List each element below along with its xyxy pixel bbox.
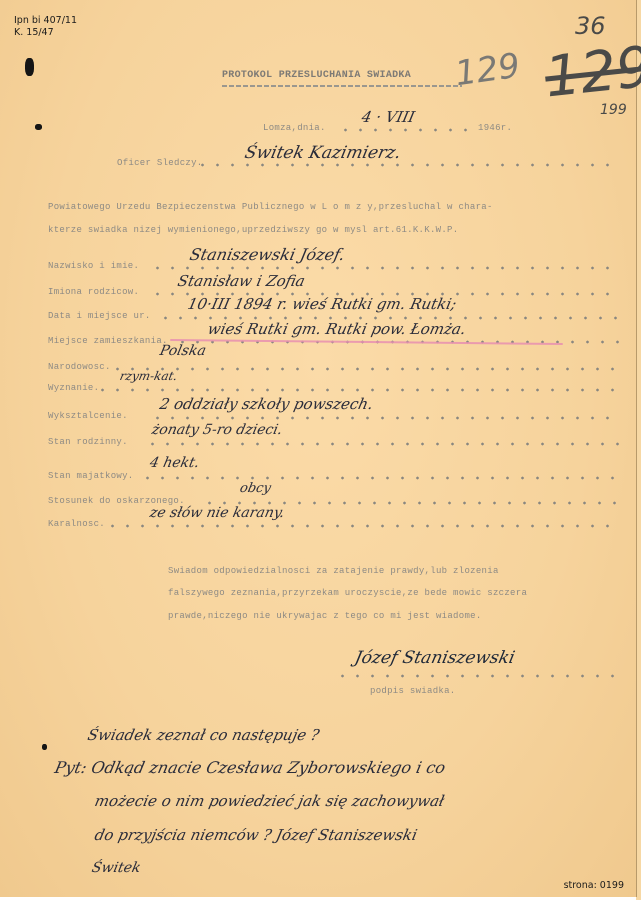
field-label-nationality: Narodowosc. [48, 362, 111, 372]
officer-name-handwritten: Świtek Kazimierz. [243, 143, 403, 163]
field-value-education: 2 oddziały szkoły powszech. [158, 395, 375, 413]
folio-corrected-number: 36 [575, 12, 606, 40]
field-value-religion: rzym-kat. [119, 369, 179, 383]
field-dots [105, 524, 620, 528]
field-value-nationality: Polska [158, 343, 207, 359]
punch-mark-top [25, 58, 34, 76]
field-label-residence: Miejsce zamieszkania. [48, 336, 168, 346]
document-page: Ipn bi 407/11 K. 15/47 129 129 36 199 PR… [0, 0, 637, 897]
oath-line2: falszywego zeznania,przyrzekam uroczysci… [168, 588, 527, 598]
date-handwritten: 4 · VIII [360, 108, 416, 126]
testimony-line1: Świadek zeznał co następuje ? [86, 726, 321, 744]
field-label-parents: Imiona rodzicow. [48, 287, 139, 297]
year: 1946r. [478, 123, 512, 133]
field-label-birth: Data i miejsce ur. [48, 311, 151, 321]
date-dots [338, 128, 473, 132]
field-value-property: 4 hekt. [148, 455, 201, 471]
witness-signature: Józef Staniszewski [353, 648, 517, 668]
field-dots [110, 367, 620, 371]
field-value-relation: obcy [238, 481, 272, 496]
intro-line1: Powiatowego Urzedu Bezpieczenstwa Public… [48, 202, 493, 212]
field-value-surname: Staniszewski Józef. [188, 245, 347, 264]
field-label-property: Stan majatkowy. [48, 471, 134, 481]
officer-initials: Świtek [90, 860, 142, 876]
place-date-label: Lomza,dnia. [263, 123, 326, 133]
field-label-surname: Nazwisko i imie. [48, 261, 139, 271]
folio-crossed-number: 129 [542, 35, 641, 111]
field-value-birth: 10·III 1894 r. wieś Rutki gm. Rutki; [186, 295, 458, 313]
intro-line2: kterze swiadka nizej wymienionego,uprzed… [48, 225, 458, 235]
punch-mark-bottom [42, 744, 47, 750]
document-title: PROTOKOL PRZESLUCHANIA SWIADKA [222, 70, 411, 81]
signature-label: podpis swiadka. [370, 686, 456, 696]
punch-mark-small [35, 124, 42, 130]
folio-pencil-number: 129 [453, 46, 523, 95]
field-dots [140, 476, 620, 480]
officer-label: Oficer Sledczy. [117, 158, 203, 168]
field-value-parents: Stanisław i Zofia [176, 272, 307, 290]
page-number-label: strona: 0199 [564, 880, 624, 891]
field-label-family-status: Stan rodzinny. [48, 437, 128, 447]
testimony-line2: Pyt: Odkąd znacie Czesława Zyborowskiego… [53, 758, 447, 777]
signature-dots [335, 674, 620, 678]
field-dots [145, 442, 620, 446]
field-label-religion: Wyznanie. [48, 383, 99, 393]
oath-line1: Swiadom odpowiedzialnosci za zatajenie p… [168, 566, 499, 576]
officer-dots [195, 163, 620, 167]
archive-reference: Ipn bi 407/11 K. 15/47 [14, 15, 77, 39]
archive-ref-line1: Ipn bi 407/11 [14, 15, 77, 27]
title-underline [222, 85, 462, 87]
oath-line3: prawde,niczego nie ukrywajac z tego co m… [168, 611, 482, 621]
field-value-criminal-record: ze słów nie karany. [148, 505, 286, 521]
field-value-family-status: żonaty 5-ro dzieci. [150, 422, 284, 438]
field-dots [150, 266, 620, 270]
field-dots [150, 416, 620, 420]
testimony-line4: do przyjścia niemców ? Józef Staniszewsk… [93, 826, 419, 844]
folio-small-number: 199 [600, 102, 627, 118]
field-label-education: Wyksztalcenie. [48, 411, 128, 421]
field-value-residence: wieś Rutki gm. Rutki pow. Łomża. [206, 320, 468, 338]
testimony-line3: możecie o nim powiedzieć jak się zachowy… [93, 792, 446, 810]
archive-ref-line2: K. 15/47 [14, 27, 77, 39]
field-label-criminal-record: Karalnosc. [48, 519, 105, 529]
field-dots [95, 388, 620, 392]
